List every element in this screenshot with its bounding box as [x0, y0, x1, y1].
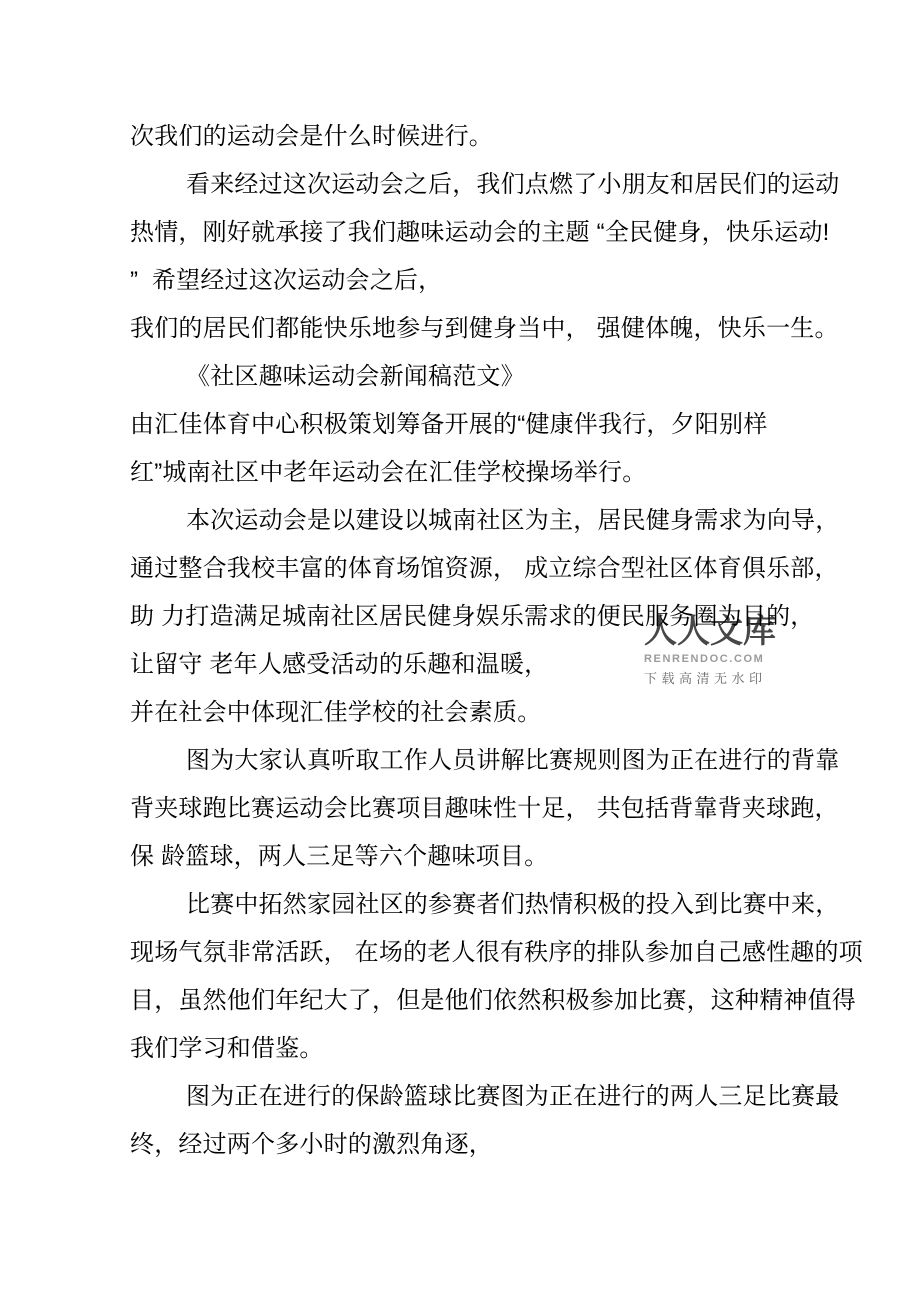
document-body: 次我们的运动会是什么时候进行。看来经过这次运动会之后，我们点燃了小朋友和居民们的… — [130, 113, 798, 1169]
text-line: 目，虽然他们年纪大了，但是他们依然积极参加比赛，这种精神值得 — [130, 977, 798, 1025]
text-line: 现场气氛非常活跃， 在场的老人很有秩序的排队参加自己感性趣的项 — [130, 929, 798, 977]
text-line: 由汇佳体育中心积极策划筹备开展的“健康伴我行，夕阳别样 — [130, 401, 798, 449]
text-line: 我们学习和借鉴。 — [130, 1025, 798, 1073]
text-line: 背夹球跑比赛运动会比赛项目趣味性十足， 共包括背靠背夹球跑， — [130, 785, 798, 833]
text-line: 助 力打造满足城南社区居民健身娱乐需求的便民服务圈为目的， — [130, 593, 798, 641]
text-line: 保 龄篮球，两人三足等六个趣味项目。 — [130, 833, 798, 881]
text-line: 看来经过这次运动会之后，我们点燃了小朋友和居民们的运动 — [130, 161, 798, 209]
text-line: 通过整合我校丰富的体育场馆资源， 成立综合型社区体育俱乐部， — [130, 545, 798, 593]
text-line: 次我们的运动会是什么时候进行。 — [130, 113, 798, 161]
text-line: 红”城南社区中老年运动会在汇佳学校操场举行。 — [130, 449, 798, 497]
text-line: 图为正在进行的保龄篮球比赛图为正在进行的两人三足比赛最 — [130, 1073, 798, 1121]
text-line: 本次运动会是以建设以城南社区为主，居民健身需求为向导， — [130, 497, 798, 545]
document-page: 人人文库 RENRENDOC.COM 下载高清无水印 次我们的运动会是什么时候进… — [0, 0, 920, 1303]
text-line: 热情，刚好就承接了我们趣味运动会的主题 “全民健身，快乐运动! — [130, 209, 798, 257]
text-line: 《社区趣味运动会新闻稿范文》 — [130, 353, 798, 401]
text-line: 让留守 老年人感受活动的乐趣和温暖， — [130, 641, 798, 689]
text-line: 我们的居民们都能快乐地参与到健身当中， 强健体魄，快乐一生。 — [130, 305, 798, 353]
text-line: 比赛中拓然家园社区的参赛者们热情积极的投入到比赛中来， — [130, 881, 798, 929]
text-line: 图为大家认真听取工作人员讲解比赛规则图为正在进行的背靠 — [130, 737, 798, 785]
text-line: 终，经过两个多小时的激烈角逐， — [130, 1121, 798, 1169]
text-line: ” 希望经过这次运动会之后， — [130, 257, 798, 305]
text-line: 并在社会中体现汇佳学校的社会素质。 — [130, 689, 798, 737]
